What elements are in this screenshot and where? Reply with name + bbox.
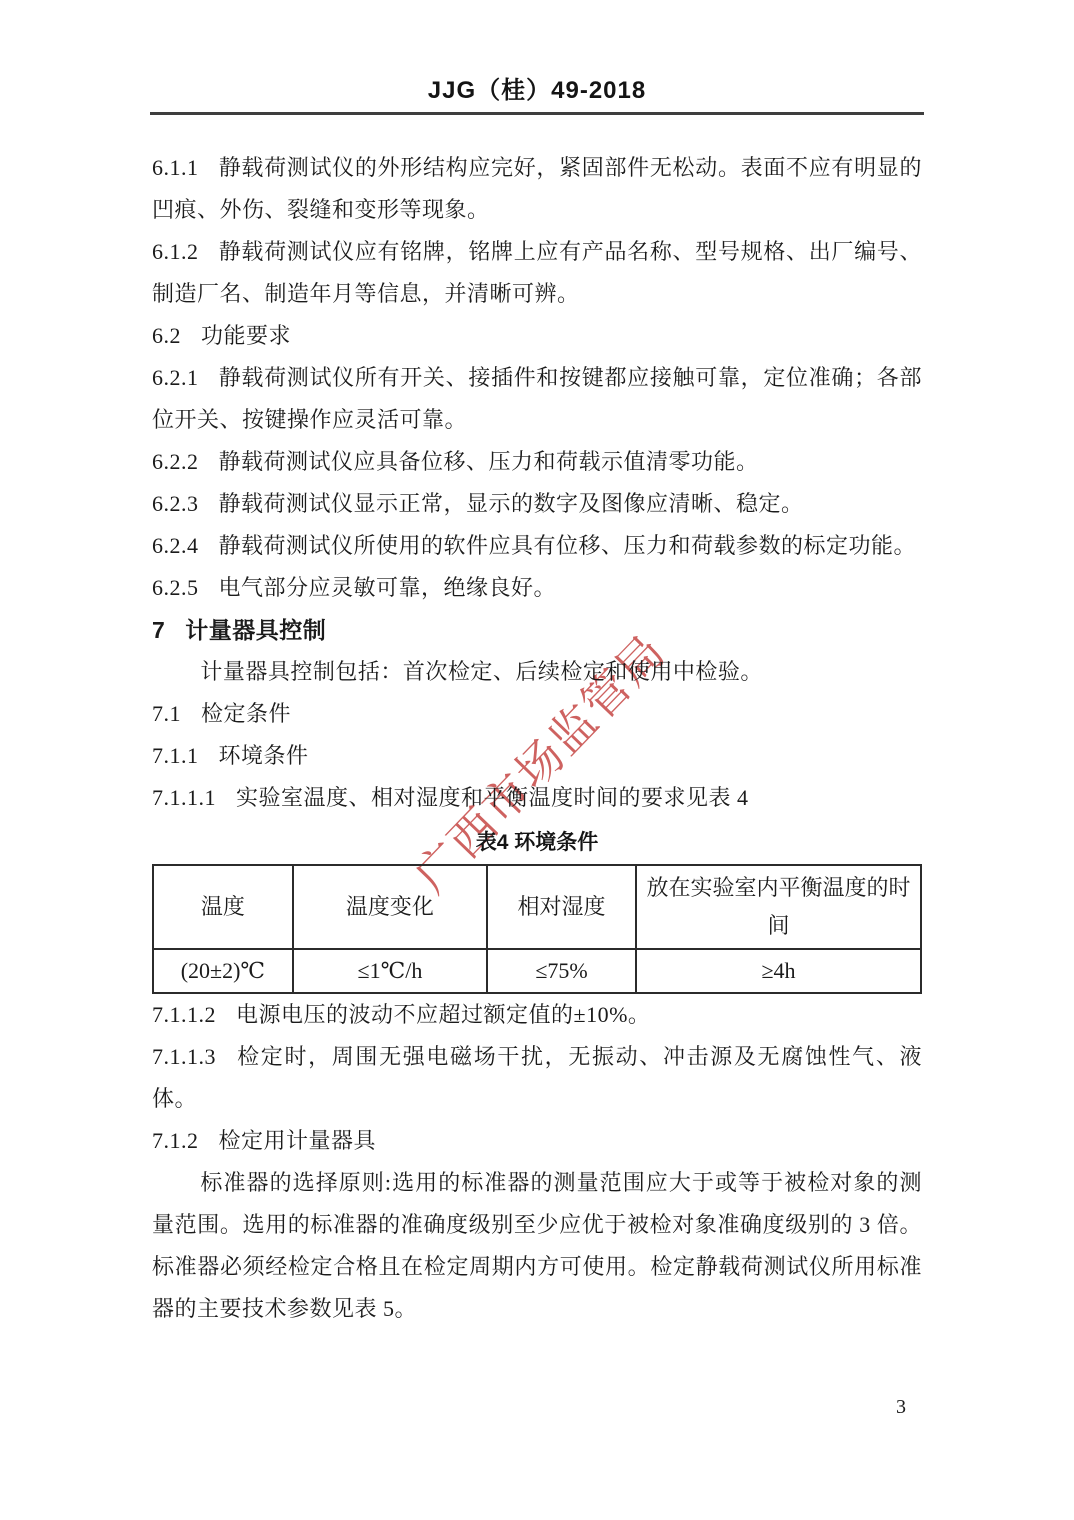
para-6-2: 6.2功能要求 [152,315,922,357]
section-text: 功能要求 [201,323,291,348]
section-number: 7.1.1.2 [152,1002,216,1027]
para-6-2-5: 6.2.5电气部分应灵敏可靠，绝缘良好。 [152,567,922,609]
para-7-1-1: 7.1.1环境条件 [152,735,922,777]
table-cell-temperature: (20±2)℃ [153,949,293,993]
section-text: 检定时，周围无强电磁场干扰，无振动、冲击源及无腐蚀性气、液体。 [152,1044,922,1111]
section-text: 实验室温度、相对湿度和平衡温度时间的要求见表 4 [236,785,749,810]
section-text: 静载荷测试仪应具备位移、压力和荷载示值清零功能。 [219,449,759,474]
table-header-relative-humidity: 相对湿度 [487,865,636,949]
section-text: 静载荷测试仪的外形结构应完好，紧固部件无松动。表面不应有明显的凹痕、外伤、裂缝和… [152,155,922,222]
table-header-temperature-change: 温度变化 [293,865,487,949]
table-header-row: 温度 温度变化 相对湿度 放在实验室内平衡温度的时间 [153,865,921,949]
section-text: 静载荷测试仪所有开关、接插件和按键都应接触可靠，定位准确；各部位开关、按键操作应… [152,365,922,432]
header-title: JJG（桂）49-2018 [0,0,1074,105]
section-number: 6.2 [152,323,181,348]
table-caption: 表4 环境条件 [152,826,922,860]
section-text: 检定条件 [201,701,291,726]
para-7-1-1-1: 7.1.1.1实验室温度、相对湿度和平衡温度时间的要求见表 4 [152,777,922,819]
section-text: 环境条件 [219,743,309,768]
para-6-2-1: 6.2.1静载荷测试仪所有开关、接插件和按键都应接触可靠，定位准确；各部位开关、… [152,357,922,441]
section-text: 静载荷测试仪应有铭牌，铭牌上应有产品名称、型号规格、出厂编号、制造厂名、制造年月… [152,239,922,306]
section-number: 6.2.4 [152,533,199,558]
section-number: 7.1.1.3 [152,1044,216,1069]
para-6-1-1: 6.1.1静载荷测试仪的外形结构应完好，紧固部件无松动。表面不应有明显的凹痕、外… [152,147,922,231]
section-text: 电气部分应灵敏可靠，绝缘良好。 [219,575,557,600]
table-cell-relative-humidity: ≤75% [487,949,636,993]
section-number: 6.2.5 [152,575,199,600]
table-header-temperature: 温度 [153,865,293,949]
para-7-1: 7.1检定条件 [152,693,922,735]
para-6-2-4: 6.2.4静载荷测试仪所使用的软件应具有位移、压力和荷载参数的标定功能。 [152,525,922,567]
section-text: 静载荷测试仪所使用的软件应具有位移、压力和荷载参数的标定功能。 [219,533,917,558]
header-rule [150,112,924,115]
section-text: 检定用计量器具 [219,1128,377,1153]
table-row: (20±2)℃ ≤1℃/h ≤75% ≥4h [153,949,921,993]
para-7-1-1-2: 7.1.1.2电源电压的波动不应超过额定值的±10%。 [152,994,922,1036]
section-text: 计量器具控制 [185,617,326,643]
para-6-1-2: 6.1.2静载荷测试仪应有铭牌，铭牌上应有产品名称、型号规格、出厂编号、制造厂名… [152,231,922,315]
section-number: 6.1.2 [152,239,199,264]
section-number: 7.1.1.1 [152,785,216,810]
para-scope: 计量器具控制包括：首次检定、后续检定和使用中检验。 [152,651,922,693]
section-text: 静载荷测试仪显示正常，显示的数字及图像应清晰、稳定。 [219,491,804,516]
para-standard-selection: 标准器的选择原则:选用的标准器的测量范围应大于或等于被检对象的测量范围。选用的标… [152,1162,922,1330]
para-6-2-2: 6.2.2静载荷测试仪应具备位移、压力和荷载示值清零功能。 [152,441,922,483]
section-number: 7.1.1 [152,743,199,768]
document-body: 6.1.1静载荷测试仪的外形结构应完好，紧固部件无松动。表面不应有明显的凹痕、外… [152,147,922,1330]
table-cell-balance-time: ≥4h [636,949,921,993]
section-number: 7 [152,617,165,643]
environment-conditions-table: 温度 温度变化 相对湿度 放在实验室内平衡温度的时间 (20±2)℃ ≤1℃/h… [152,864,922,994]
section-text: 电源电压的波动不应超过额定值的±10%。 [236,1002,650,1027]
table-cell-temperature-change: ≤1℃/h [293,949,487,993]
heading-7: 7计量器具控制 [152,609,922,651]
document-page: 广西市场监管局 JJG（桂）49-2018 6.1.1静载荷测试仪的外形结构应完… [0,0,1074,1520]
table-header-balance-time: 放在实验室内平衡温度的时间 [636,865,921,949]
page-number: 3 [896,1396,906,1419]
section-number: 7.1 [152,701,181,726]
para-7-1-2: 7.1.2检定用计量器具 [152,1120,922,1162]
section-number: 6.2.1 [152,365,199,390]
para-7-1-1-3: 7.1.1.3检定时，周围无强电磁场干扰，无振动、冲击源及无腐蚀性气、液体。 [152,1036,922,1120]
section-number: 6.2.2 [152,449,199,474]
section-number: 6.1.1 [152,155,199,180]
para-6-2-3: 6.2.3静载荷测试仪显示正常，显示的数字及图像应清晰、稳定。 [152,483,922,525]
section-number: 7.1.2 [152,1128,199,1153]
section-number: 6.2.3 [152,491,199,516]
